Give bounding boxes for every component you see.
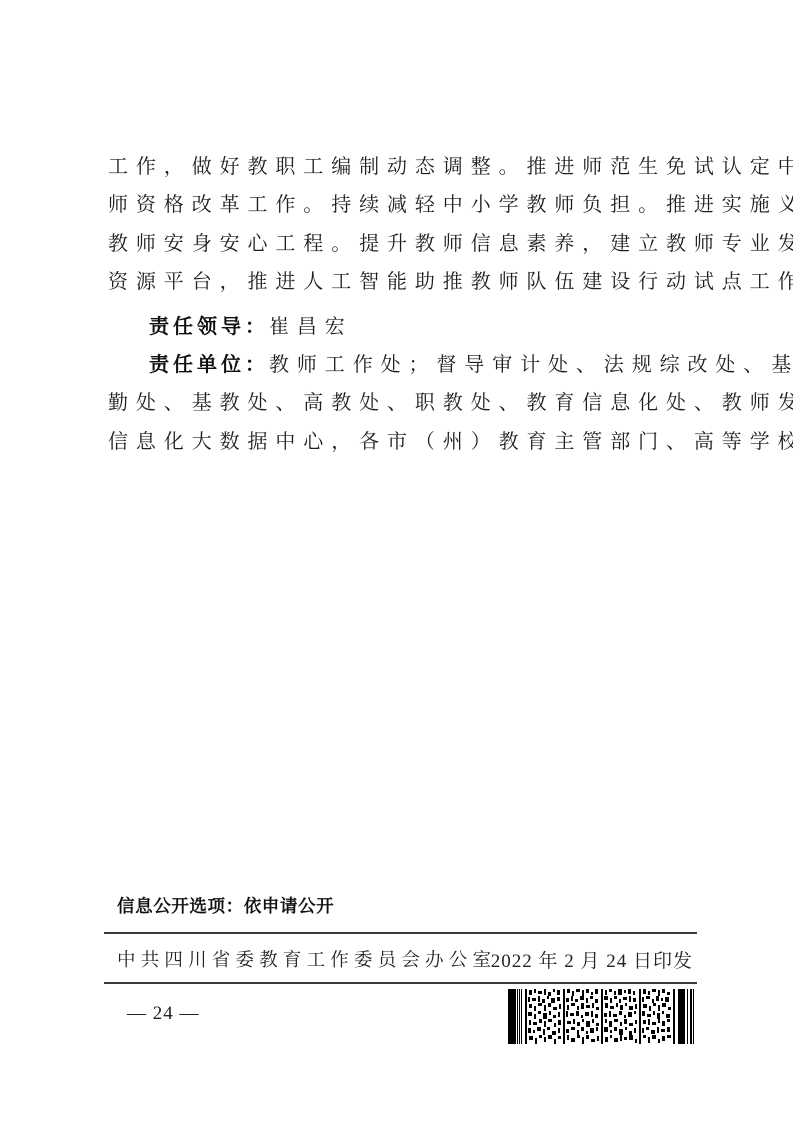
body-paragraph-line: 教师安身安心工程。提升教师信息素养，建立教师专业发展数字: [108, 224, 698, 262]
issue-date: 2022 年 2 月 24 日印发: [491, 946, 693, 973]
responsible-units-label: 责任单位：: [149, 352, 269, 376]
barcode: [508, 989, 694, 1044]
page-number: — 24 —: [127, 1003, 200, 1025]
responsible-leader-value: 崔昌宏: [269, 314, 353, 338]
disclosure-option: 信息公开选项：依申请公开: [117, 893, 334, 918]
barcode-stop-pattern: [676, 989, 694, 1044]
body-paragraph-line: 资源平台，推进人工智能助推教师队伍建设行动试点工作。: [108, 262, 698, 300]
responsible-units-continuation: 信息化大数据中心，各市（州）教育主管部门、高等学校: [108, 422, 698, 460]
barcode-start-pattern: [508, 989, 525, 1044]
responsible-leader-line: 责任领导：崔昌宏: [108, 307, 698, 345]
document-body: 工作，做好教职工编制动态调整。推进师范生免试认定中小学教 师资格改革工作。持续减…: [108, 147, 698, 460]
issuing-office: 中共四川省委教育工作委员会办公室: [117, 946, 496, 972]
barcode-data-region: [525, 989, 676, 1044]
responsible-units-line: 责任单位：教师工作处；督导审计处、法规综改处、基建后: [108, 345, 698, 383]
responsible-units-value: 教师工作处；督导审计处、法规综改处、基建后: [269, 352, 793, 376]
body-paragraph-line: 师资格改革工作。持续减轻中小学教师负担。推进实施义务教育: [108, 185, 698, 223]
responsible-leader-label: 责任领导：: [149, 314, 269, 338]
footer-divider-bottom: [104, 982, 697, 984]
document-page: 工作，做好教职工编制动态调整。推进师范生免试认定中小学教 师资格改革工作。持续减…: [0, 0, 793, 1122]
footer-divider-top: [104, 932, 697, 934]
responsible-units-continuation: 勤处、基教处、高教处、职教处、教育信息化处、教师发展中心、: [108, 383, 698, 421]
body-paragraph-line: 工作，做好教职工编制动态调整。推进师范生免试认定中小学教: [108, 147, 698, 185]
